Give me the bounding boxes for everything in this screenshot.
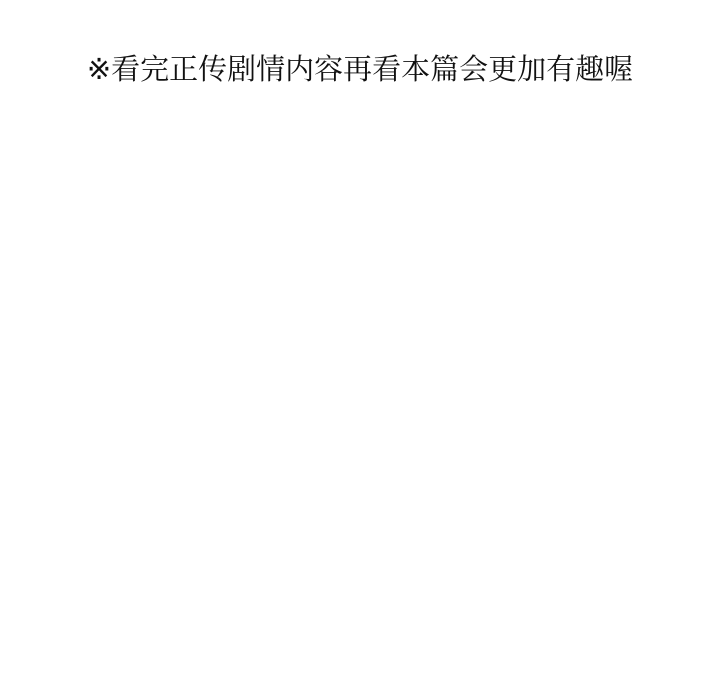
notice-text: ※看完正传剧情内容再看本篇会更加有趣喔	[0, 52, 720, 86]
comic-page: ※看完正传剧情内容再看本篇会更加有趣喔	[0, 0, 720, 700]
